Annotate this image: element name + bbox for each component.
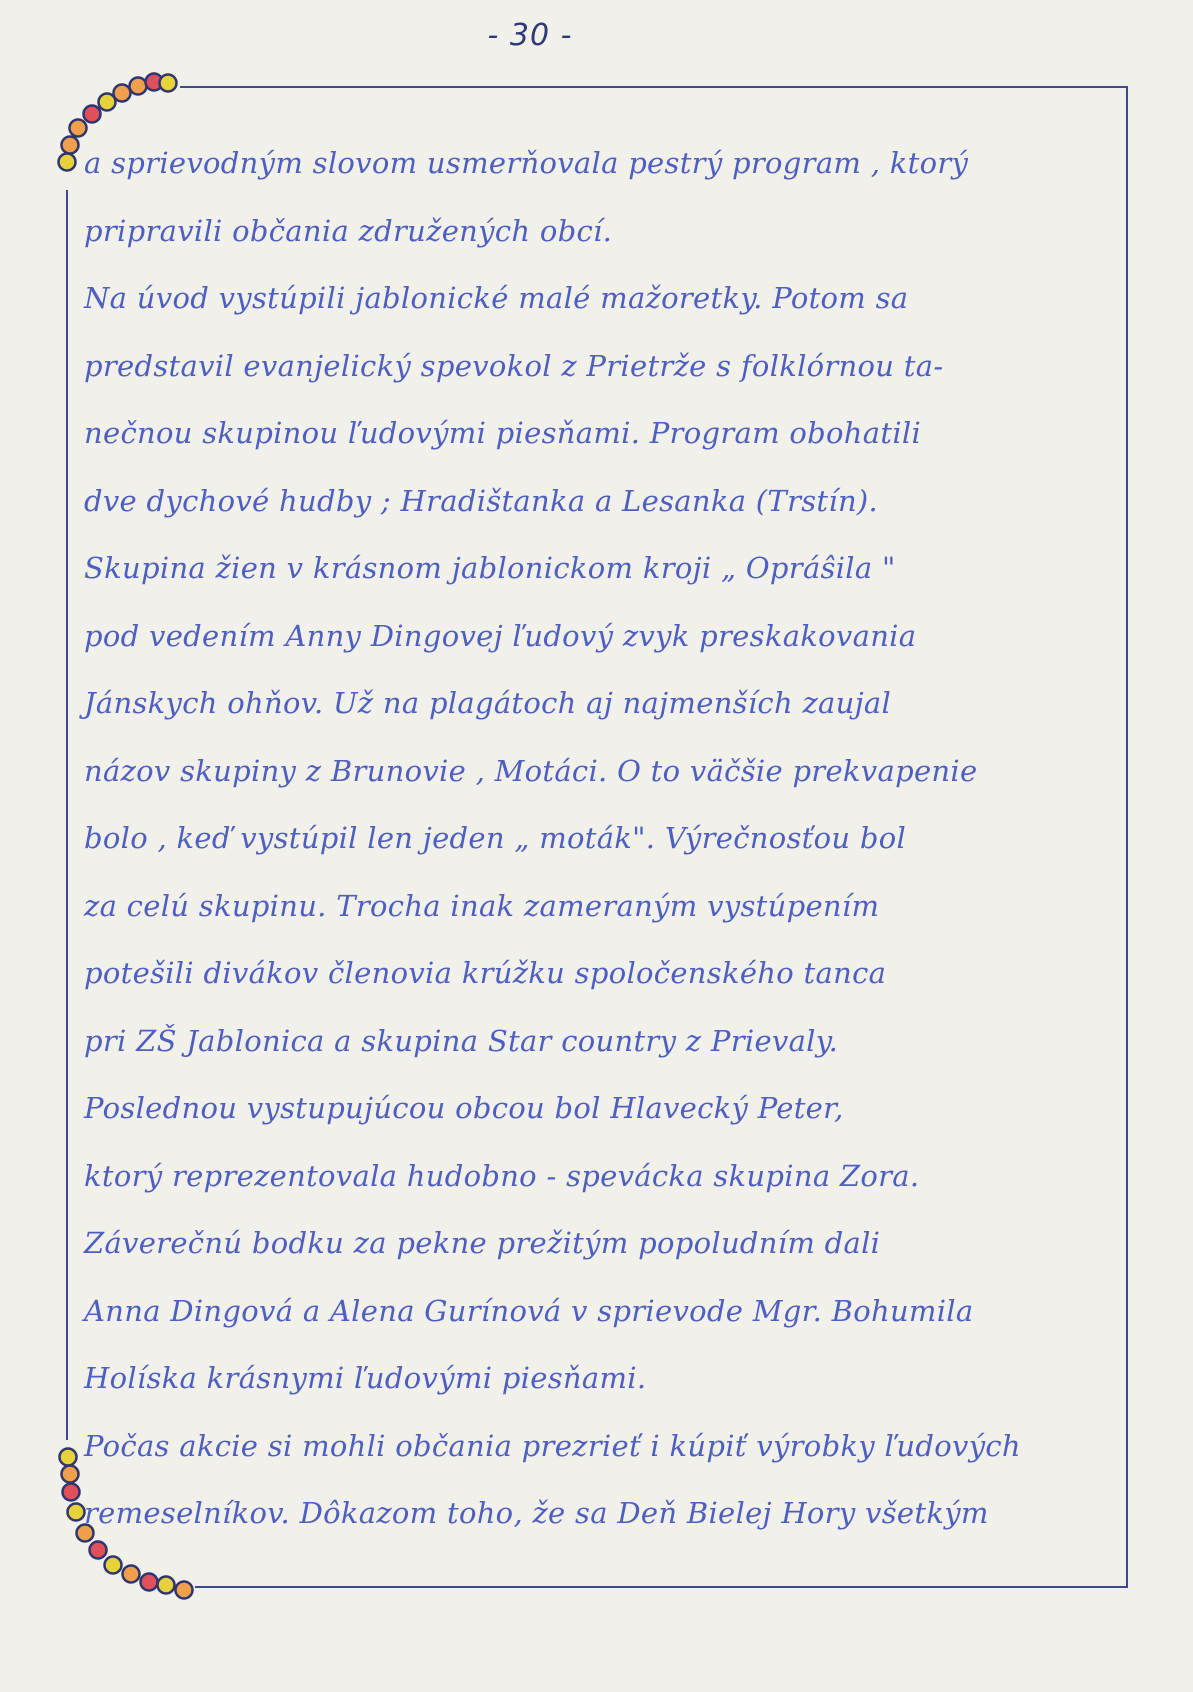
text-line: pod vedením Anny Dingovej ľudový zvyk pr… <box>84 603 1124 671</box>
text-line: remeselníkov. Dôkazom toho, že sa Deň Bi… <box>84 1480 1124 1548</box>
text-line: Záverečnú bodku za pekne prežitým popolu… <box>84 1210 1124 1278</box>
frame-gap-top <box>60 80 180 90</box>
frame-gap-left-top <box>60 80 72 190</box>
text-line: dve dychové hudby ; Hradištanka a Lesank… <box>84 468 1124 536</box>
text-line: Počas akcie si mohli občania prezrieť i … <box>84 1413 1124 1481</box>
text-line: potešili divákov členovia krúžku spoloče… <box>84 940 1124 1008</box>
text-line: pripravili občania združených obcí. <box>84 198 1124 266</box>
text-line: Jánskych ohňov. Už na plagátoch aj najme… <box>84 670 1124 738</box>
text-line: za celú skupinu. Trocha inak zameraným v… <box>84 873 1124 941</box>
text-line: Skupina žien v krásnom jablonickom kroji… <box>84 535 1124 603</box>
text-line: Poslednou vystupujúcou obcou bol Hlaveck… <box>84 1075 1124 1143</box>
text-line: pri ZŠ Jablonica a skupina Star country … <box>84 1008 1124 1076</box>
text-line: predstavil evanjelický spevokol z Prietr… <box>84 333 1124 401</box>
text-line: Na úvod vystúpili jablonické malé mažore… <box>84 265 1124 333</box>
text-line: názov skupiny z Brunovie , Motáci. O to … <box>84 738 1124 806</box>
text-line: Anna Dingová a Alena Gurínová v sprievod… <box>84 1278 1124 1346</box>
text-line: ktorý reprezentovala hudobno - spevácka … <box>84 1143 1124 1211</box>
frame-gap-bottom <box>60 1580 195 1594</box>
text-line: Holíska krásnymi ľudovými piesňami. <box>84 1345 1124 1413</box>
text-line: bolo , keď vystúpil len jeden „ moták". … <box>84 805 1124 873</box>
frame-gap-left-bottom <box>60 1440 72 1600</box>
page-number: - 30 - <box>0 18 1060 53</box>
handwritten-text: a sprievodným slovom usmerňovala pestrý … <box>84 130 1124 1548</box>
text-line: a sprievodným slovom usmerňovala pestrý … <box>84 130 1124 198</box>
text-line: nečnou skupinou ľudovými piesňami. Progr… <box>84 400 1124 468</box>
